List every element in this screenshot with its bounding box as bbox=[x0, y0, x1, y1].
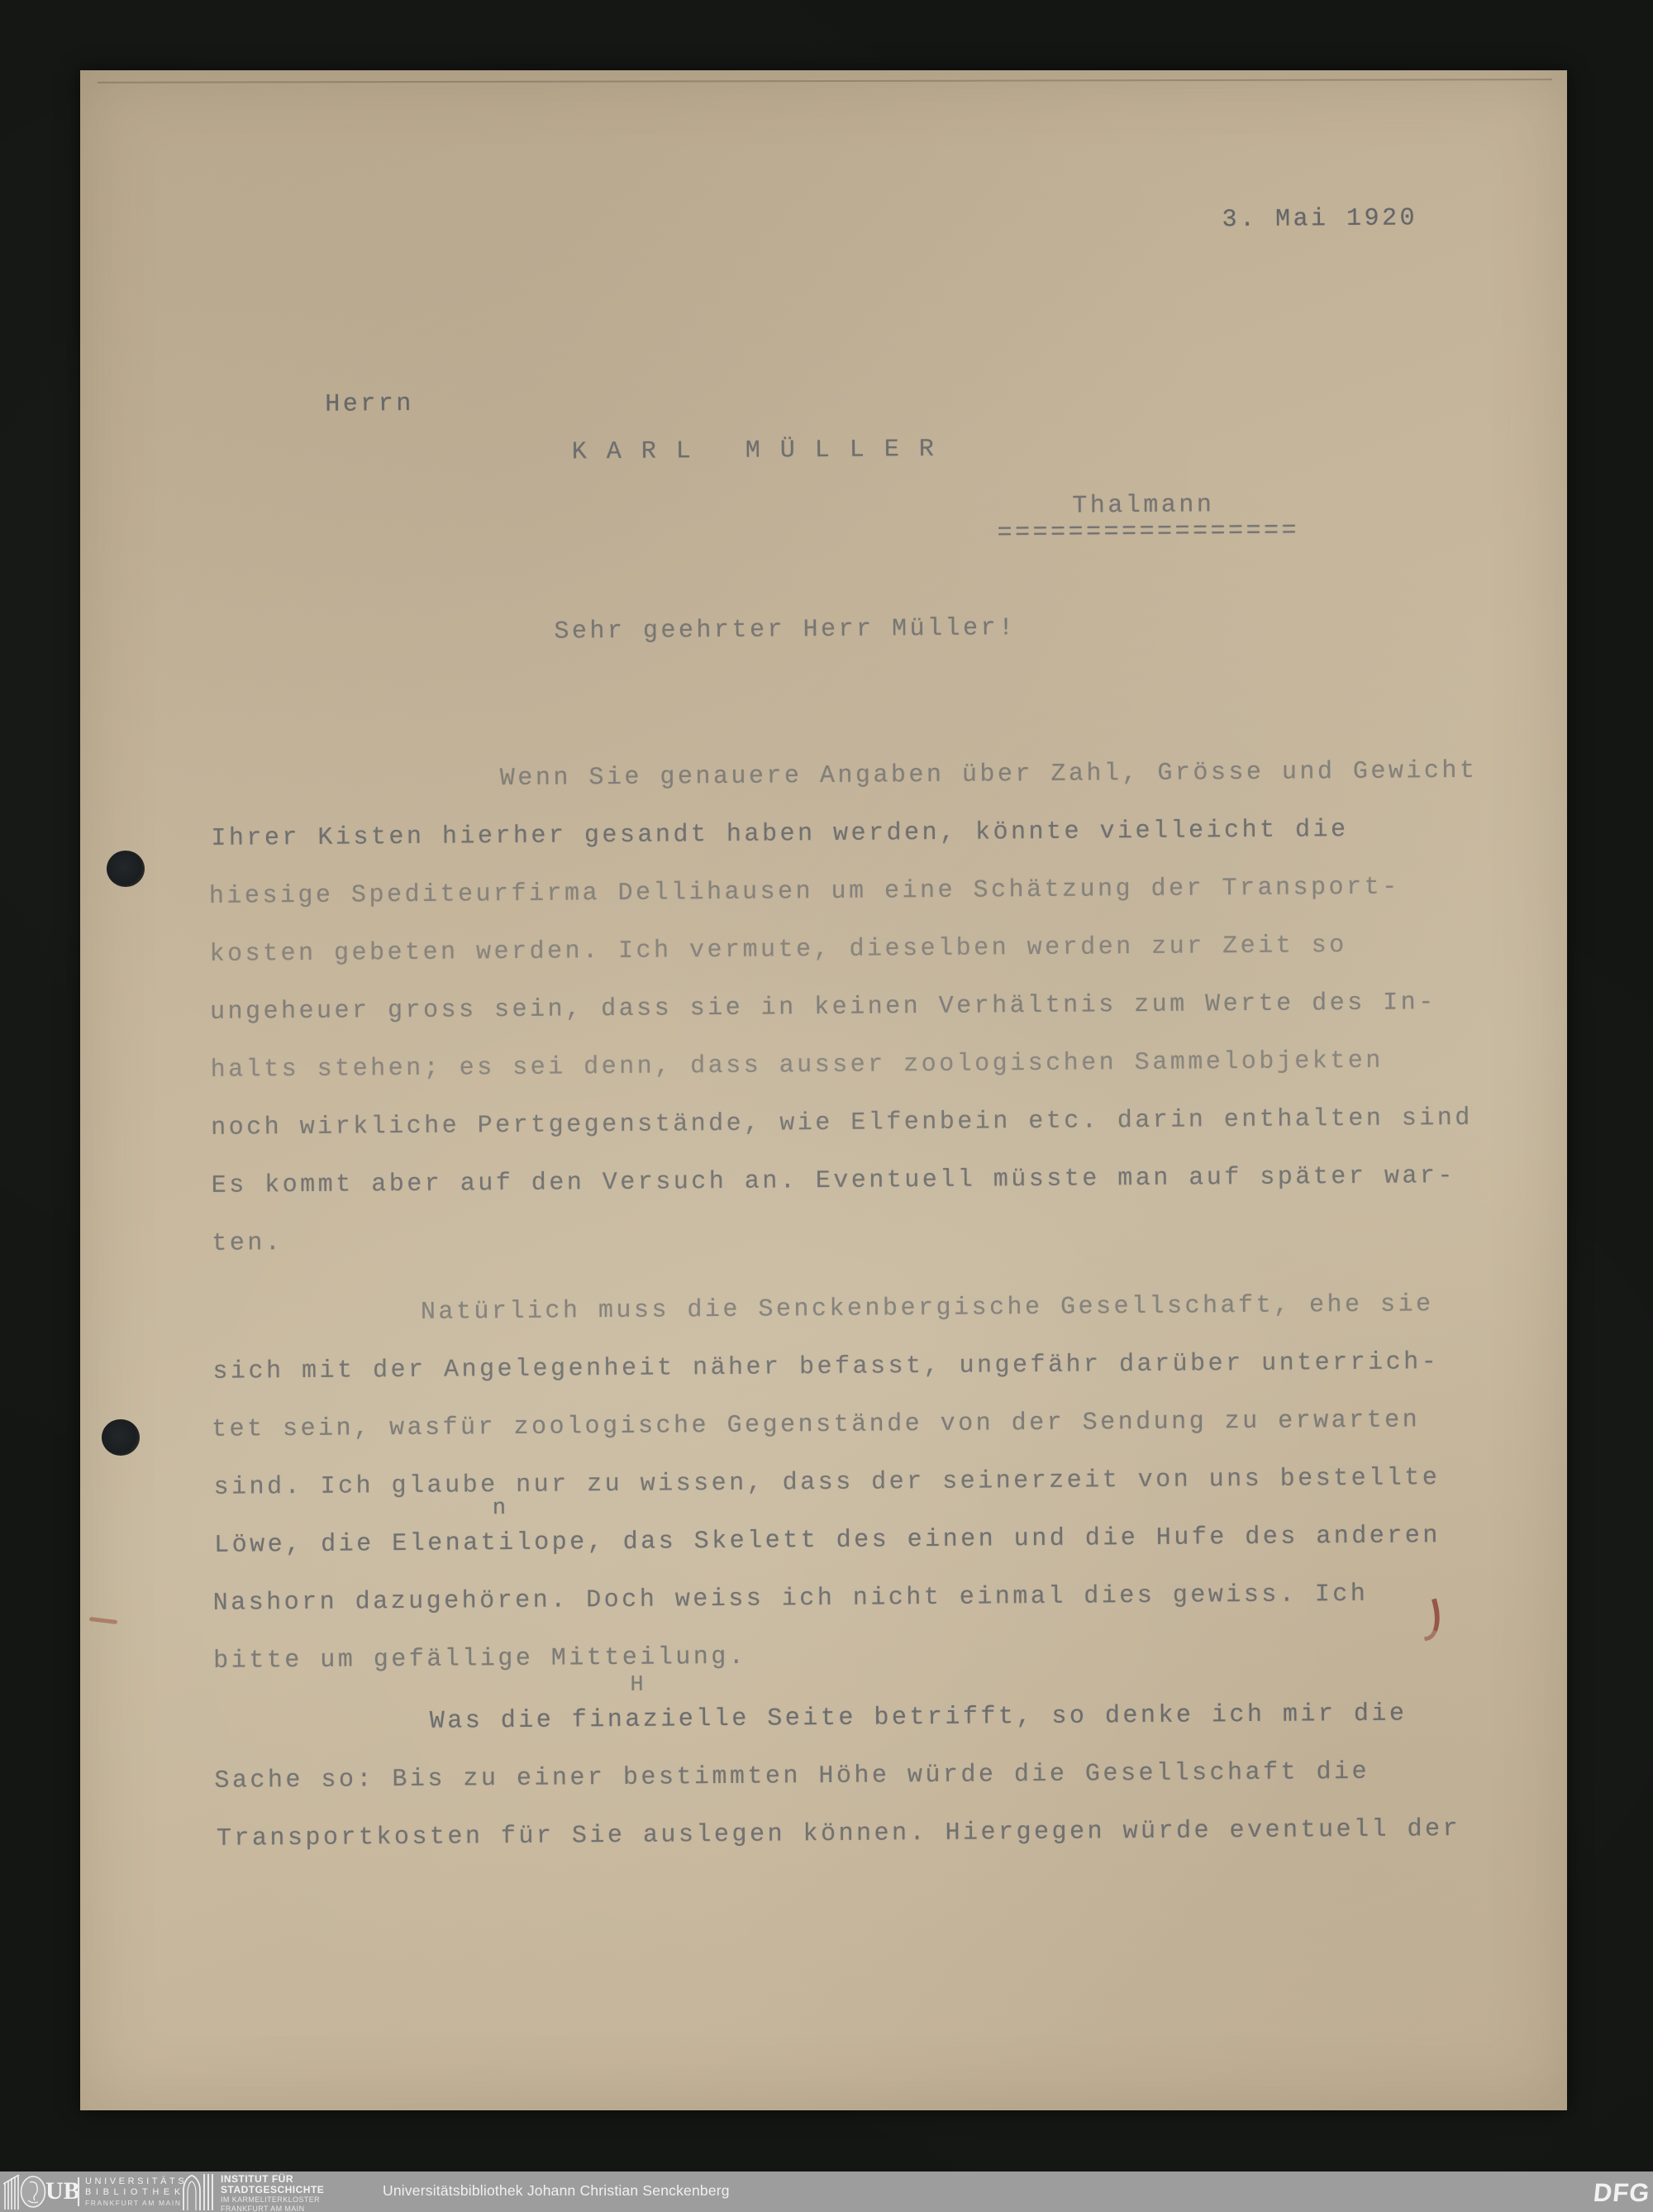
ub-library-name: UNIVERSITÄTS BIBLIOTHEK FRANKFURT AM MAI… bbox=[85, 2176, 187, 2209]
typed-letter-content: 3. Mai 1920 Herrn KARL MÜLLER Thalmann =… bbox=[0, 0, 1653, 2212]
ub-logo-divider bbox=[78, 2177, 79, 2206]
letter-line: kosten gebeten werden. Ich vermute, dies… bbox=[209, 932, 1346, 969]
ub-portrait-icon bbox=[20, 2176, 46, 2208]
ub-name-line: FRANKFURT AM MAIN bbox=[85, 2198, 187, 2209]
letter-line: noch wirkliche Pertgegenstände, wie Elfe… bbox=[211, 1104, 1473, 1142]
letter-line: Transportkosten für Sie auslegen können.… bbox=[217, 1815, 1460, 1853]
inserted-h-correction: H bbox=[630, 1673, 646, 1698]
recipient-prefix: Herrn bbox=[325, 390, 414, 419]
letter-line: sich mit der Angelegenheit näher befasst… bbox=[212, 1348, 1439, 1386]
institute-name: INSTITUT FÜR STADTGESCHICHTE IM KARMELIT… bbox=[221, 2174, 324, 2212]
ub-name-line: BIBLIOTHEK bbox=[85, 2187, 187, 2198]
letter-line: Wenn Sie genauere Angaben über Zahl, Grö… bbox=[500, 757, 1478, 793]
footer-credit-bar: UB UNIVERSITÄTS BIBLIOTHEK FRANKFURT AM … bbox=[0, 2171, 1653, 2212]
inserted-n-correction: n bbox=[493, 1496, 509, 1521]
letter-line: ten. bbox=[212, 1229, 283, 1258]
letter-line: tet sein, wasfür zoologische Gegenstände… bbox=[212, 1406, 1420, 1443]
recipient-name: KARL MÜLLER bbox=[572, 436, 954, 467]
letter-line: Löwe, die Elenatilope, das Skelett des e… bbox=[214, 1522, 1441, 1560]
ub-pages-icon bbox=[3, 2175, 20, 2210]
scanned-letter-page: { "colors": { "background": "#141614", "… bbox=[0, 0, 1653, 2212]
letter-line: Natürlich muss die Senckenbergische Gese… bbox=[421, 1290, 1434, 1327]
recipient-underline: ================= bbox=[997, 517, 1299, 547]
letter-line: Was die finazielle Seite betrifft, so de… bbox=[430, 1700, 1408, 1736]
letter-line: Sache so: Bis zu einer bestimmten Höhe w… bbox=[214, 1758, 1370, 1795]
institute-arch-icon bbox=[181, 2174, 216, 2210]
library-credit-text: Universitätsbibliothek Johann Christian … bbox=[383, 2182, 730, 2200]
ub-logo-abbrev: UB bbox=[45, 2176, 80, 2207]
letter-line: Ihrer Kisten hierher gesandt haben werde… bbox=[211, 816, 1348, 853]
letter-line: bitte um gefällige Mitteilung. bbox=[213, 1643, 746, 1676]
recipient-place: Thalmann bbox=[1072, 491, 1214, 520]
letter-date: 3. Mai 1920 bbox=[1222, 204, 1417, 234]
institute-name-line: FRANKFURT AM MAIN bbox=[221, 2205, 324, 2212]
letter-line: ungeheuer gross sein, dass sie in keinen… bbox=[210, 989, 1436, 1027]
letter-line: Es kommt aber auf den Versuch an. Eventu… bbox=[212, 1162, 1455, 1200]
letter-line: halts stehen; es sei denn, dass ausser z… bbox=[211, 1047, 1384, 1085]
dfg-logo: DFG bbox=[1592, 2178, 1651, 2208]
letter-line: Nashorn dazugehören. Doch weiss ich nich… bbox=[213, 1580, 1369, 1618]
institute-name-line: STADTGESCHICHTE bbox=[221, 2185, 324, 2195]
institute-name-line: IM KARMELITERKLOSTER bbox=[221, 2195, 324, 2205]
letter-line: sind. Ich glaube nur zu wissen, dass der… bbox=[213, 1464, 1440, 1502]
letter-line: hiesige Spediteurfirma Dellihausen um ei… bbox=[209, 874, 1400, 911]
ub-name-line: UNIVERSITÄTS bbox=[85, 2176, 187, 2187]
salutation: Sehr geehrter Herr Müller! bbox=[554, 614, 1016, 646]
